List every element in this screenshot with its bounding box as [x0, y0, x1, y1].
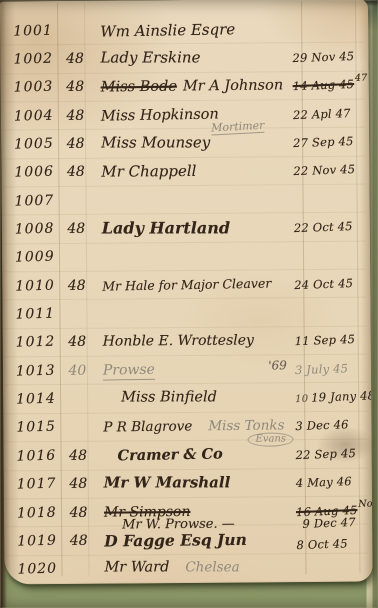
subscriber-name: Lady Hartland [102, 218, 230, 237]
fee-value: 48 [58, 164, 93, 180]
date-cell: 22 Oct 45 [294, 219, 366, 236]
entry-date: 11 Sep 45 [294, 332, 355, 348]
date-cell: 3 Dec 46 [295, 417, 367, 434]
date-prefix: 10 [295, 394, 309, 405]
subscriber-name: Mr Ward [104, 560, 169, 576]
entry-number: 1019 [4, 532, 61, 549]
fee-value: 48 [61, 533, 96, 549]
date-cell: 29 Nov 45 [292, 49, 364, 66]
date-cell: 3 July 45 [295, 360, 367, 377]
date-cell: 4 May 46 [296, 474, 368, 491]
entry-date: 22 Oct 45 [294, 219, 353, 235]
date-cell: 1019 Jany 48 [295, 389, 367, 406]
name-cell: Miss BodeMr A Johnson [93, 78, 299, 96]
entry-date: 4 May 46 [296, 474, 352, 490]
name-cell [94, 256, 300, 258]
ledger-rows: 1001Wm Ainslie Esqre100248Lady Erskine29… [0, 15, 368, 585]
name-cell: Mr WardChelsea [96, 560, 302, 576]
name-cell: Miss HopkinsonMortimer [93, 105, 299, 125]
entry-number: 1013 [3, 362, 60, 379]
date-cell: 27 Sep 45 [293, 134, 365, 151]
entry-number: 1018 [4, 504, 61, 521]
entry-number: 1015 [3, 419, 60, 436]
fee-value: 48 [60, 334, 95, 350]
date-cell [294, 197, 366, 200]
entry-number: 1005 [1, 136, 58, 153]
ledger-row: 101948D Fagge Esq Jun8 Oct 45 [4, 525, 368, 556]
fee-value: 48 [61, 504, 96, 520]
ledger-row: 1011 [2, 298, 366, 329]
ledger-row: 1007 [1, 185, 365, 216]
struck-name: Miss Bode [101, 79, 177, 96]
entry-number: 1008 [2, 221, 59, 238]
date-cell [294, 311, 366, 314]
fee-value: 48 [59, 277, 94, 293]
ledger-row: 101340Prowse'693 July 45 [3, 355, 367, 386]
date-correction: Nov [358, 498, 373, 510]
ledger-row: 1014Miss Binfield1019 Jany 48 [3, 383, 367, 414]
date-cell: 22 Nov 45 [293, 162, 365, 179]
entry-number: 1002 [0, 51, 57, 68]
date-cell: 14 Aug 4547 [292, 77, 364, 94]
entry-number: 1001 [0, 22, 57, 39]
subscriber-name: P R Blagrove [103, 419, 192, 436]
name-cell: P R BlagroveMiss TonksEvans [95, 418, 301, 436]
entry-date: 22 Apl 47 [293, 106, 351, 122]
entry-date: 24 Oct 45 [294, 276, 353, 292]
name-cell: Honble E. Wrottesley [95, 333, 301, 351]
fee-value: 48 [57, 51, 92, 67]
name-cell: D Fagge Esq Jun [96, 530, 302, 551]
entry-number: 1007 [1, 192, 58, 209]
date-cell: 22 Apl 47 [293, 105, 365, 122]
entry-date: 27 Sep 45 [293, 134, 354, 150]
date-cell: 8 Oct 45 [296, 535, 368, 552]
ledger-row: 1001Wm Ainslie Esqre [0, 15, 364, 46]
ledger-row: 101048Mr Hale for Major Cleaver24 Oct 45 [2, 270, 366, 301]
entry-number: 1003 [0, 79, 57, 96]
fee-value: 48 [58, 79, 93, 95]
struck-date: 14 Aug 45 [292, 77, 354, 93]
entry-number: 1016 [3, 447, 60, 464]
name-cell: Lady Hartland [94, 218, 300, 237]
name-cell [94, 199, 300, 201]
date-cell: 11 Sep 45 [294, 332, 366, 349]
ledger-row: 100348Miss BodeMr A Johnson14 Aug 4547 [1, 71, 365, 102]
entry-number: 1006 [1, 164, 58, 181]
subscriber-name: Mr Chappell [101, 162, 196, 181]
pencil-annotation: Chelsea [185, 560, 239, 576]
entry-number: 1004 [1, 107, 58, 124]
subscriber-name: Mr Hale for Major Cleaver [102, 276, 271, 294]
ledger-row: 1009 [2, 241, 366, 272]
entry-number: 1009 [2, 249, 59, 266]
date-cell [296, 566, 368, 569]
name-cell: Mr Hale for Major Cleaver [94, 275, 300, 294]
ledger-row: 1015P R BlagroveMiss TonksEvans3 Dec 46 [3, 411, 367, 442]
name-cell: Miss Mounsey [93, 133, 299, 151]
name-cell: Miss Binfield [95, 389, 301, 405]
name-cell: Mr W Marshall [96, 473, 302, 491]
date-cell: 16 Aug 45Nov9 Dec 47 [296, 502, 368, 519]
subscriber-name: Cramer & Co [117, 446, 222, 465]
name-cell: Lady Erskine [92, 48, 298, 66]
name-cell: Mr SimpsonMr W. Prowse. — [96, 503, 302, 521]
entry-date: 3 July 45 [295, 361, 349, 377]
subscriber-name: Wm Ainslie Esqre [100, 20, 235, 40]
entry-date: 29 Nov 45 [292, 49, 354, 65]
subscriber-name: Prowse [103, 361, 155, 380]
entry-date: 3 Dec 46 [295, 418, 349, 434]
fee-value: 48 [58, 136, 93, 152]
ledger-row: 1020Mr WardChelsea [4, 553, 368, 584]
date-correction: 47 [355, 73, 368, 84]
subscriber-name: Miss Mounsey [101, 133, 210, 151]
ledger-row: 101848Mr SimpsonMr W. Prowse. —16 Aug 45… [4, 496, 368, 527]
entry-number: 1012 [2, 334, 59, 351]
ledger-row: 100548Miss Mounsey27 Sep 45 [1, 128, 365, 159]
ledger-row: 100248Lady Erskine29 Nov 45 [0, 43, 364, 74]
name-cell: Wm Ainslie Esqre [92, 19, 298, 41]
date-cell: 22 Sep 45 [295, 445, 367, 462]
name-cell: Prowse'69 [95, 359, 301, 381]
entry-number: 1014 [3, 391, 60, 408]
entry-number: 1017 [4, 476, 61, 493]
fee-value: 40 [60, 363, 95, 379]
entry-number: 1020 [4, 561, 61, 578]
subscriber-name: Mr A Johnson [183, 78, 283, 95]
ledger-row: 101748Mr W Marshall4 May 46 [4, 468, 368, 499]
ledger-row: 101648Cramer & Co22 Sep 45 [3, 440, 367, 471]
subscriber-name: Miss Binfield [121, 390, 217, 406]
subscriber-name: Honble E. Wrottesley [103, 333, 254, 350]
entry-date: 19 Jany 48 [311, 388, 373, 404]
name-cell [94, 312, 300, 314]
plate-number-note: '69 [268, 358, 287, 372]
name-cell: Cramer & Co [95, 444, 301, 465]
ledger-row: 100648Mr Chappell22 Nov 45 [1, 156, 365, 187]
entry-number: 1010 [2, 277, 59, 294]
entry-date: 22 Nov 45 [293, 162, 355, 178]
ledger-page: 1001Wm Ainslie Esqre100248Lady Erskine29… [0, 0, 373, 584]
subscriber-name: Mr W Marshall [104, 474, 231, 492]
ledger-row: 100848Lady Hartland22 Oct 45 [2, 213, 366, 244]
name-cell: Mr Chappell [93, 161, 299, 181]
date-cell [294, 254, 366, 257]
scanned-ledger-photo: 1001Wm Ainslie Esqre100248Lady Erskine29… [0, 0, 378, 608]
fee-value: 48 [58, 107, 93, 123]
ledger-row: 101248Honble E. Wrottesley11 Sep 45 [3, 326, 367, 357]
entry-date: 8 Oct 45 [296, 536, 348, 552]
fee-value: 48 [61, 448, 96, 464]
subscriber-name: Lady Erskine [100, 48, 200, 66]
ledger-row: 100448Miss HopkinsonMortimer22 Apl 47 [1, 100, 365, 131]
entry-date: 22 Sep 45 [295, 446, 356, 462]
subscriber-name: D Fagge Esq Jun [104, 530, 247, 551]
subscriber-name: Miss Hopkinson [101, 106, 219, 124]
fee-value: 48 [59, 221, 94, 237]
date-cell [292, 27, 364, 30]
fee-value: 48 [61, 476, 96, 492]
date-cell: 24 Oct 45 [294, 275, 366, 292]
entry-number: 1011 [2, 306, 59, 323]
